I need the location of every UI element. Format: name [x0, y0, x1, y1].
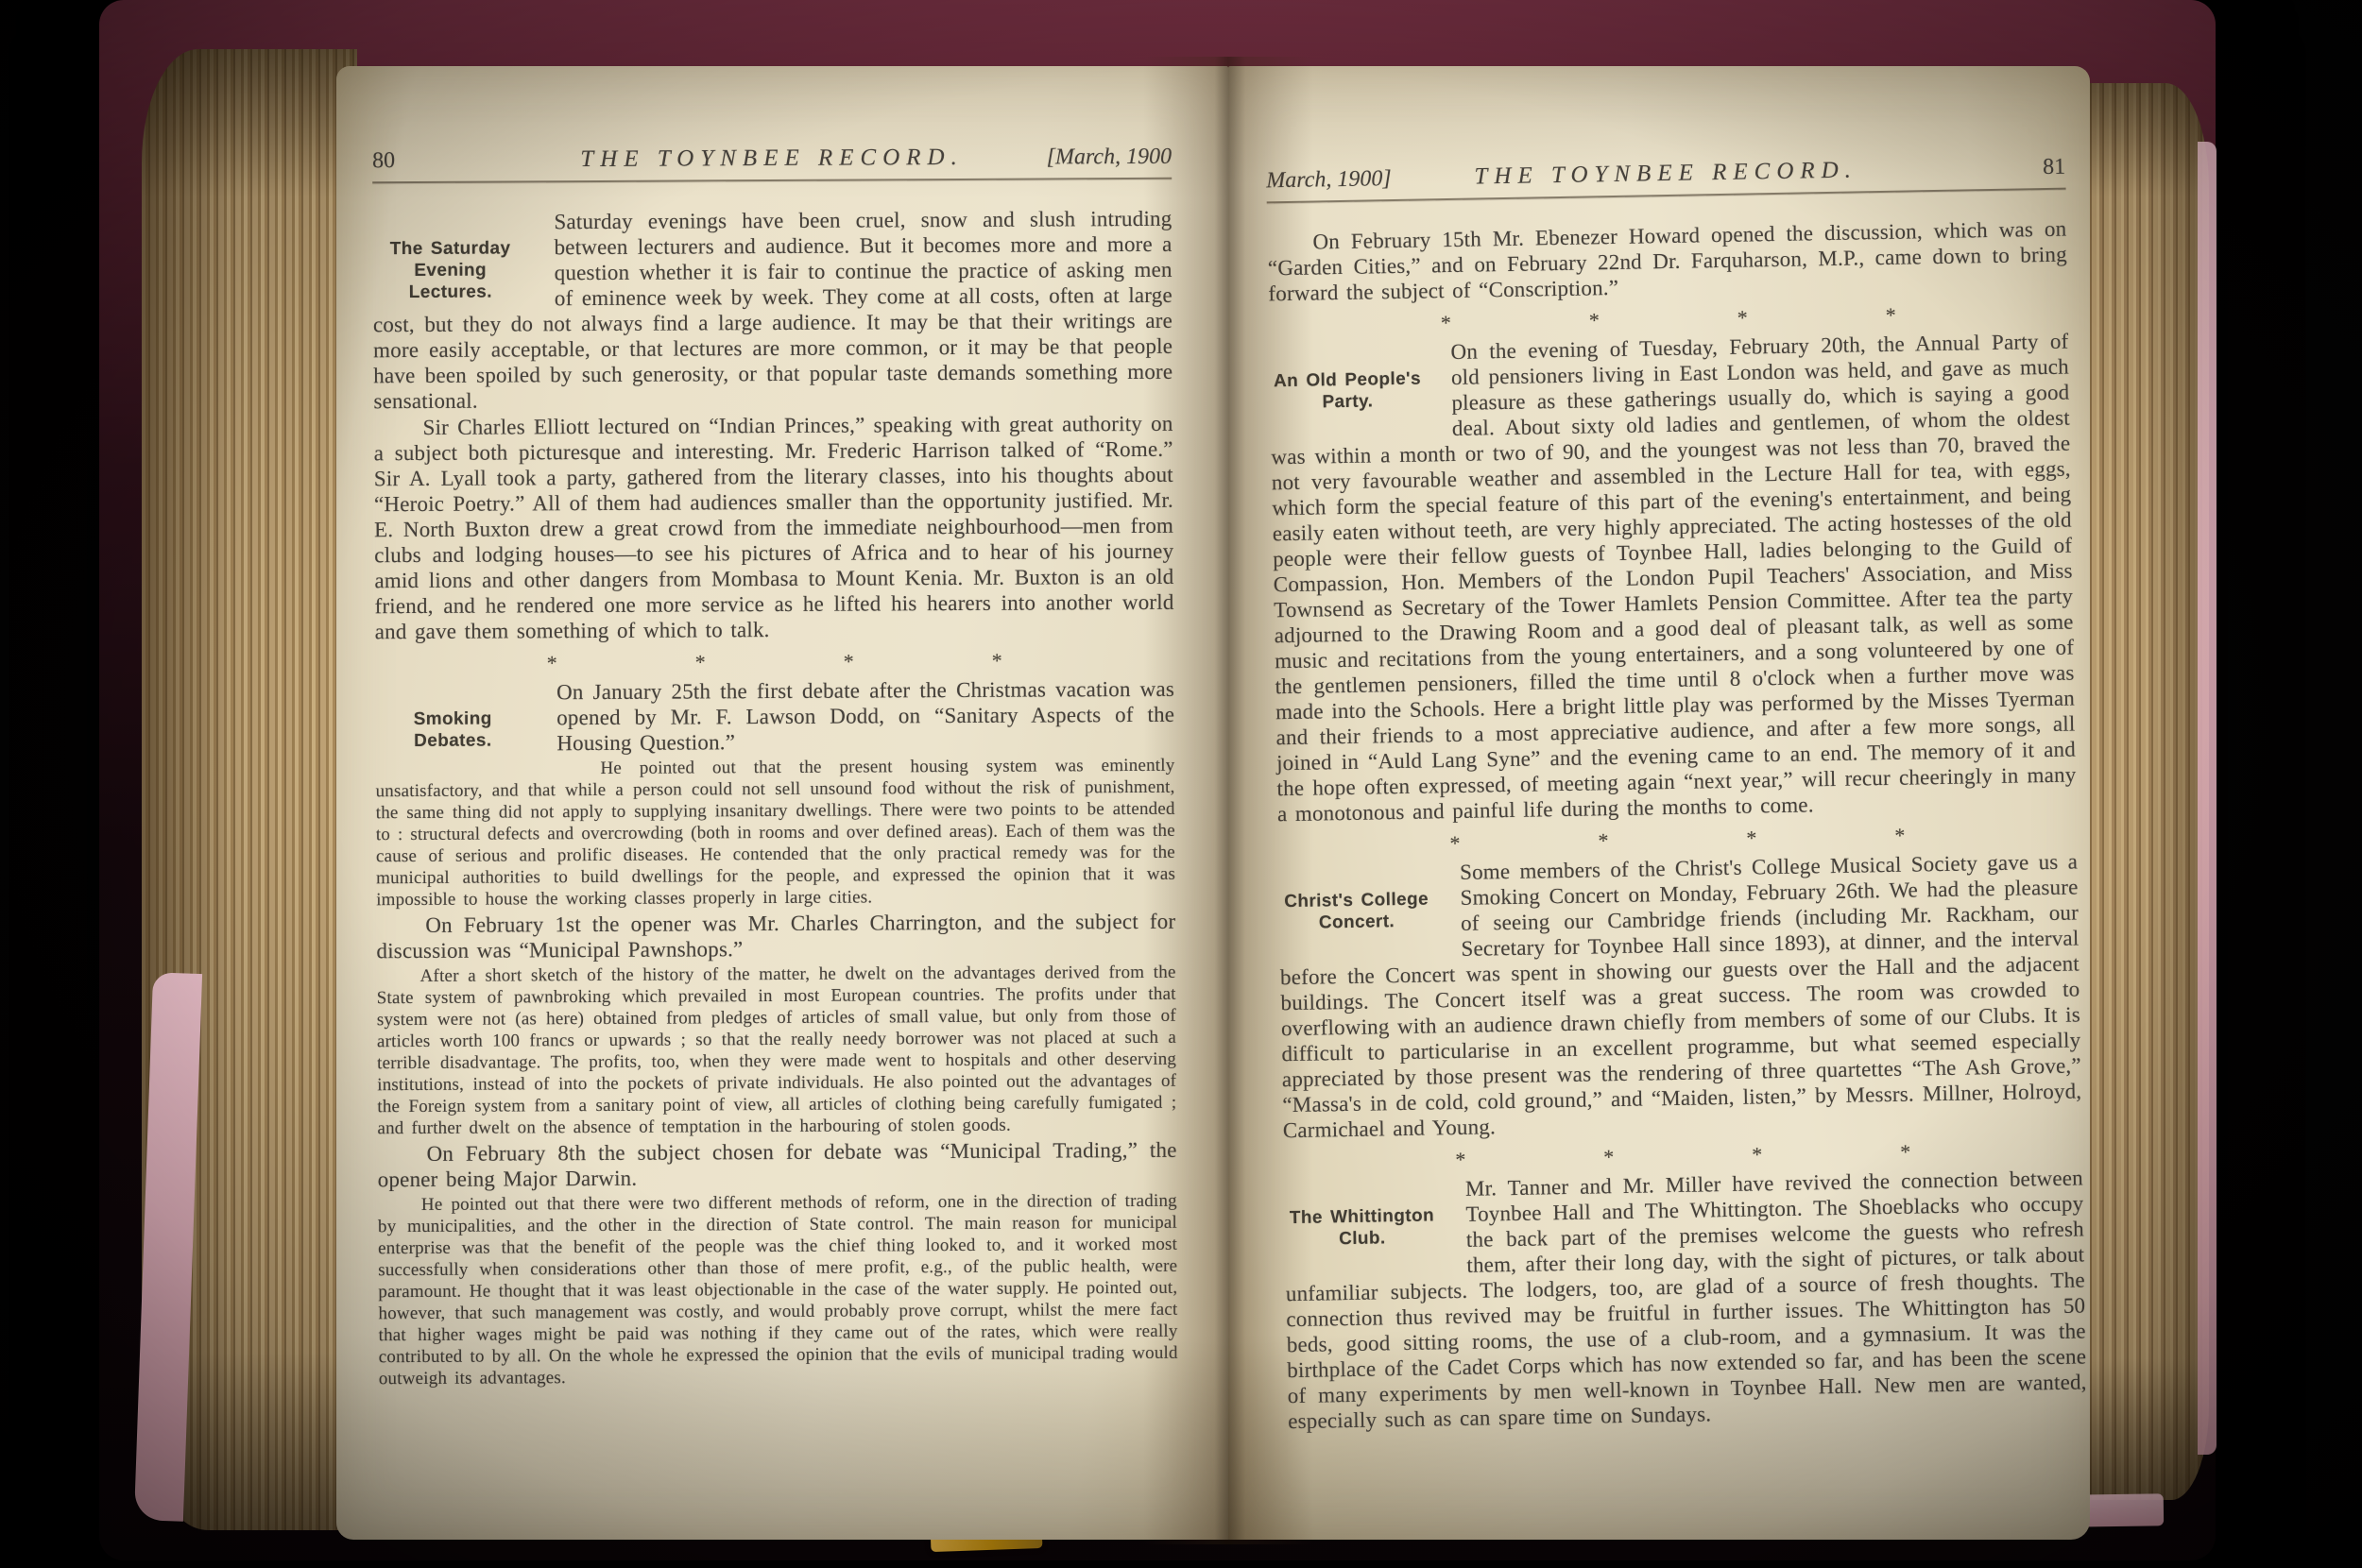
- issue-date: [March, 1900: [997, 145, 1172, 171]
- section-heading: An Old People's Party.: [1269, 339, 1451, 421]
- asterisk: *: [1589, 309, 1600, 332]
- asterisk-separator: * * * *: [547, 650, 1002, 675]
- asterisk: *: [695, 651, 706, 673]
- section-heading: Smoking Debates.: [375, 679, 556, 759]
- section-heading: Christ's College Concert.: [1278, 860, 1461, 942]
- asterisk: *: [1746, 827, 1757, 849]
- asterisk: *: [1441, 312, 1452, 334]
- asterisk: *: [1737, 307, 1749, 330]
- page-number: 80: [372, 147, 547, 174]
- header-rule: [372, 178, 1172, 183]
- asterisk-separator: * * * *: [1441, 304, 1897, 334]
- page-edges-right: [2084, 83, 2209, 1500]
- section-heading: The Saturday Evening Lectures.: [372, 209, 555, 311]
- right-page: March, 1900] THE TOYNBEE RECORD. 81 On F…: [1228, 66, 2090, 1540]
- paragraph: Sir Charles Elliott lectured on “Indian …: [373, 411, 1173, 644]
- left-page: 80 THE TOYNBEE RECORD. [March, 1900 The …: [336, 66, 1228, 1540]
- asterisk: *: [1900, 1141, 1911, 1164]
- paragraph-small-print: After a short sketch of the history of t…: [377, 962, 1177, 1139]
- asterisk: *: [1449, 832, 1461, 855]
- left-page-text: 80 THE TOYNBEE RECORD. [March, 1900 The …: [372, 144, 1178, 1391]
- right-page-content: On February 15th Mr. Ebenezer Howard ope…: [1267, 216, 2087, 1435]
- asterisk: *: [1603, 1146, 1615, 1168]
- paragraph: On February 8th the subject chosen for d…: [378, 1137, 1177, 1192]
- asterisk: *: [547, 652, 557, 674]
- issue-date: March, 1900]: [1266, 165, 1441, 194]
- right-page-text: March, 1900] THE TOYNBEE RECORD. 81 On F…: [1266, 154, 2087, 1435]
- asterisk: *: [1598, 829, 1609, 852]
- section-old-peoples-party: An Old People's Party. On the evening of…: [1269, 329, 2077, 827]
- paragraph-small-print: He pointed out that there were two diffe…: [378, 1190, 1178, 1389]
- running-title: THE TOYNBEE RECORD.: [580, 145, 964, 173]
- asterisk: *: [992, 650, 1002, 673]
- section-christs-college-concert: Christ's College Concert. Some members o…: [1278, 849, 2082, 1144]
- asterisk-separator: * * * *: [1455, 1141, 1911, 1171]
- section-saturday-evening-lectures: The Saturday Evening Lectures. Saturday …: [372, 206, 1173, 644]
- left-page-header: 80 THE TOYNBEE RECORD. [March, 1900: [372, 144, 1172, 174]
- section-whittington-club: The Whittington Club. Mr. Tanner and Mr.…: [1284, 1165, 2088, 1434]
- asterisk-separator: * * * *: [1449, 825, 1906, 855]
- left-page-content: The Saturday Evening Lectures. Saturday …: [372, 206, 1178, 1391]
- asterisk: *: [1455, 1149, 1466, 1171]
- asterisk: *: [1894, 825, 1906, 847]
- paragraph: On February 1st the opener was Mr. Charl…: [376, 909, 1175, 963]
- paragraph-small-print: He pointed out that the present housing …: [375, 755, 1175, 911]
- asterisk: *: [1886, 304, 1897, 327]
- running-title: THE TOYNBEE RECORD.: [1474, 157, 1857, 190]
- paragraph: On February 15th Mr. Ebenezer Howard ope…: [1267, 216, 2067, 307]
- book-photo: 80 THE TOYNBEE RECORD. [March, 1900 The …: [0, 0, 2362, 1568]
- asterisk: *: [844, 651, 854, 673]
- section-smoking-debates: Smoking Debates. On January 25th the fir…: [375, 676, 1178, 1391]
- right-page-header: March, 1900] THE TOYNBEE RECORD. 81: [1266, 154, 2065, 195]
- section-heading: The Whittington Club.: [1284, 1176, 1466, 1258]
- page-number: 81: [1891, 155, 2065, 183]
- asterisk: *: [1752, 1143, 1763, 1166]
- endpaper-right: [2198, 142, 2217, 1455]
